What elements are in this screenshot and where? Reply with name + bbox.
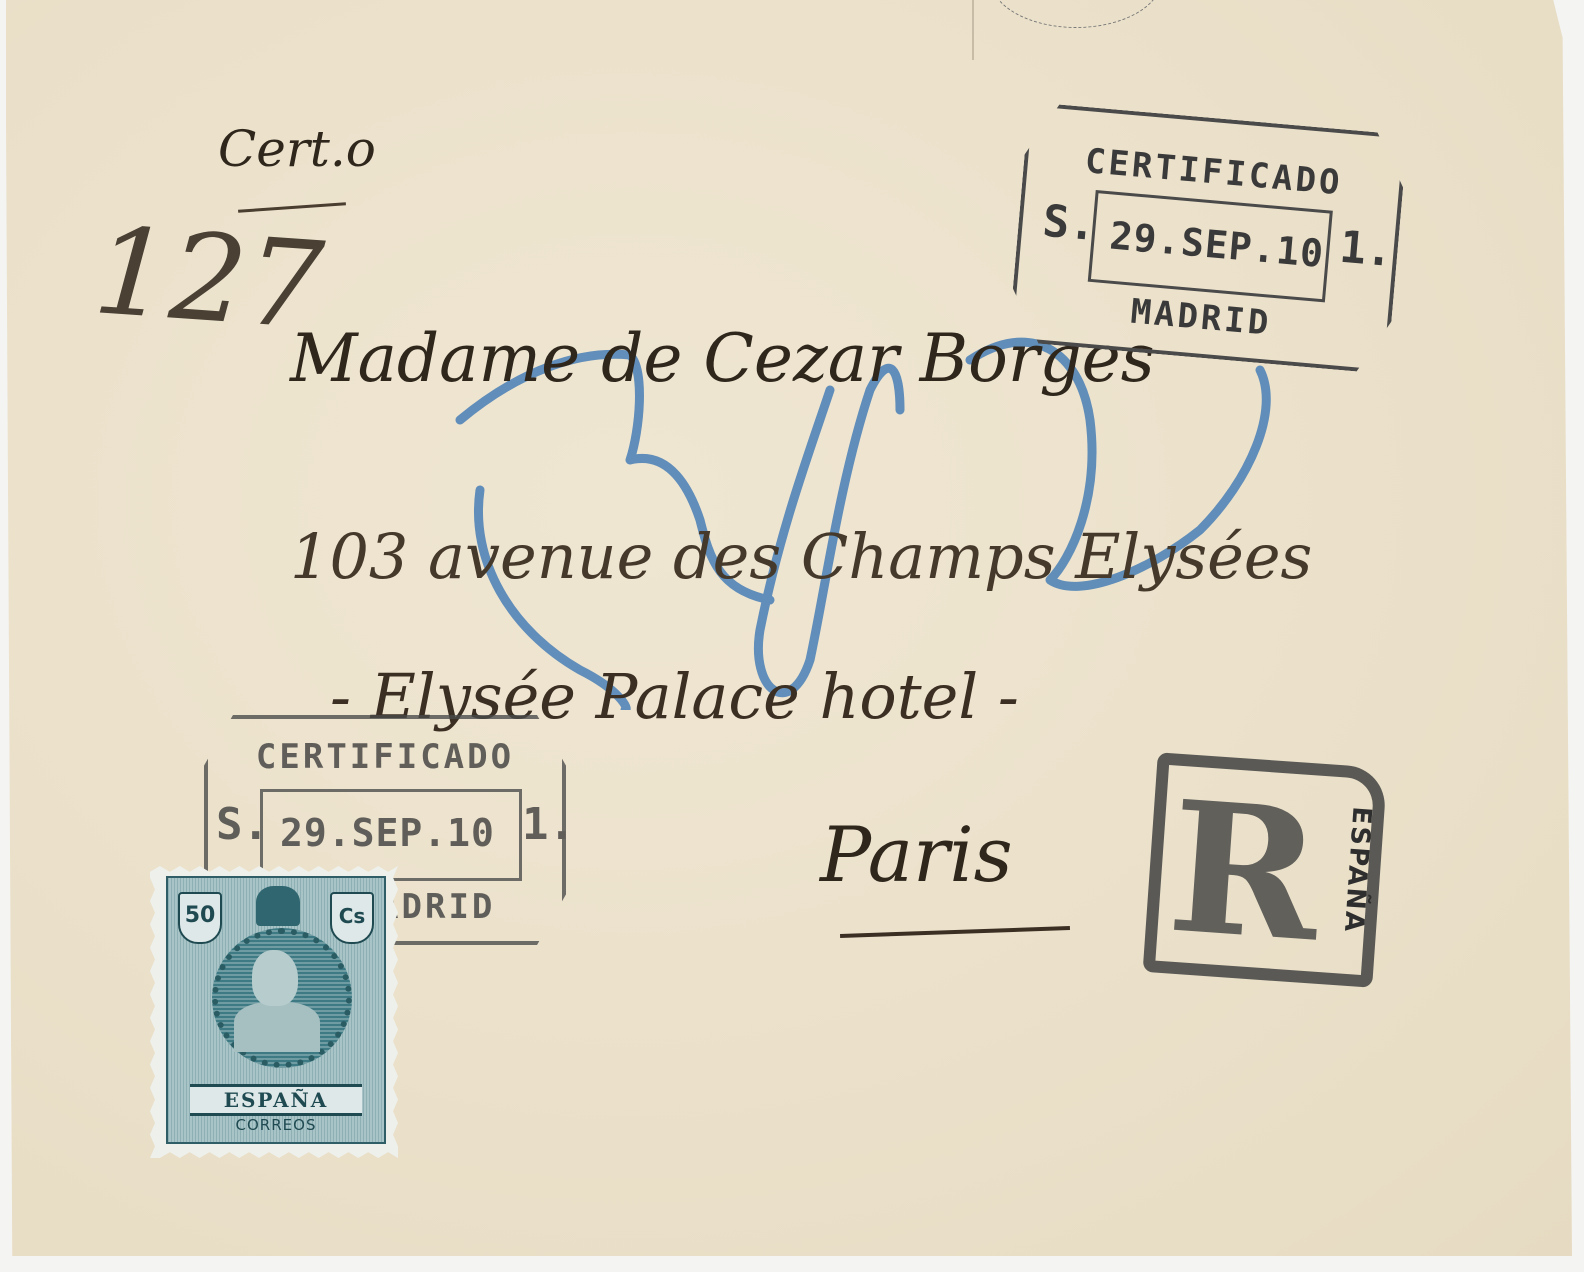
postage-stamp: 50 Cs ESPAÑA CORREOS [150, 866, 398, 1158]
cancel-top-text: CERTIFICADO [204, 737, 566, 777]
r-letter: R [1163, 762, 1327, 983]
registration-r-handstamp: R ESPAÑA [1143, 752, 1388, 988]
cancel-right-letter: 1. [1337, 222, 1394, 277]
stamp-value-left: 50 [178, 892, 222, 944]
portrait-uniform [234, 1002, 320, 1052]
stamp-value-right: Cs [330, 892, 374, 944]
portrait-head [252, 950, 298, 1006]
cancel-left-letter: S. [1041, 196, 1098, 251]
stamp-subtitle: CORREOS [168, 1116, 384, 1134]
cancel-left-letter: S. [216, 799, 269, 850]
back-flap-seal-outline [990, 0, 1162, 28]
certificado-cancel-top: CERTIFICADO S. 29.SEP.10 1. MADRID [1008, 102, 1407, 374]
address-line-city: Paris [820, 810, 1013, 899]
cancel-date: 29.SEP.10 [280, 811, 495, 855]
crown-icon [256, 886, 300, 926]
cancel-right-letter: 1. [522, 799, 575, 850]
certificado-note: Cert.o [218, 120, 376, 178]
stamp-design: 50 Cs ESPAÑA CORREOS [166, 876, 386, 1144]
address-line-street: 103 avenue des Champs Elysées [290, 520, 1312, 593]
stamp-country-banner: ESPAÑA [190, 1084, 362, 1116]
paper-fold [972, 0, 974, 60]
